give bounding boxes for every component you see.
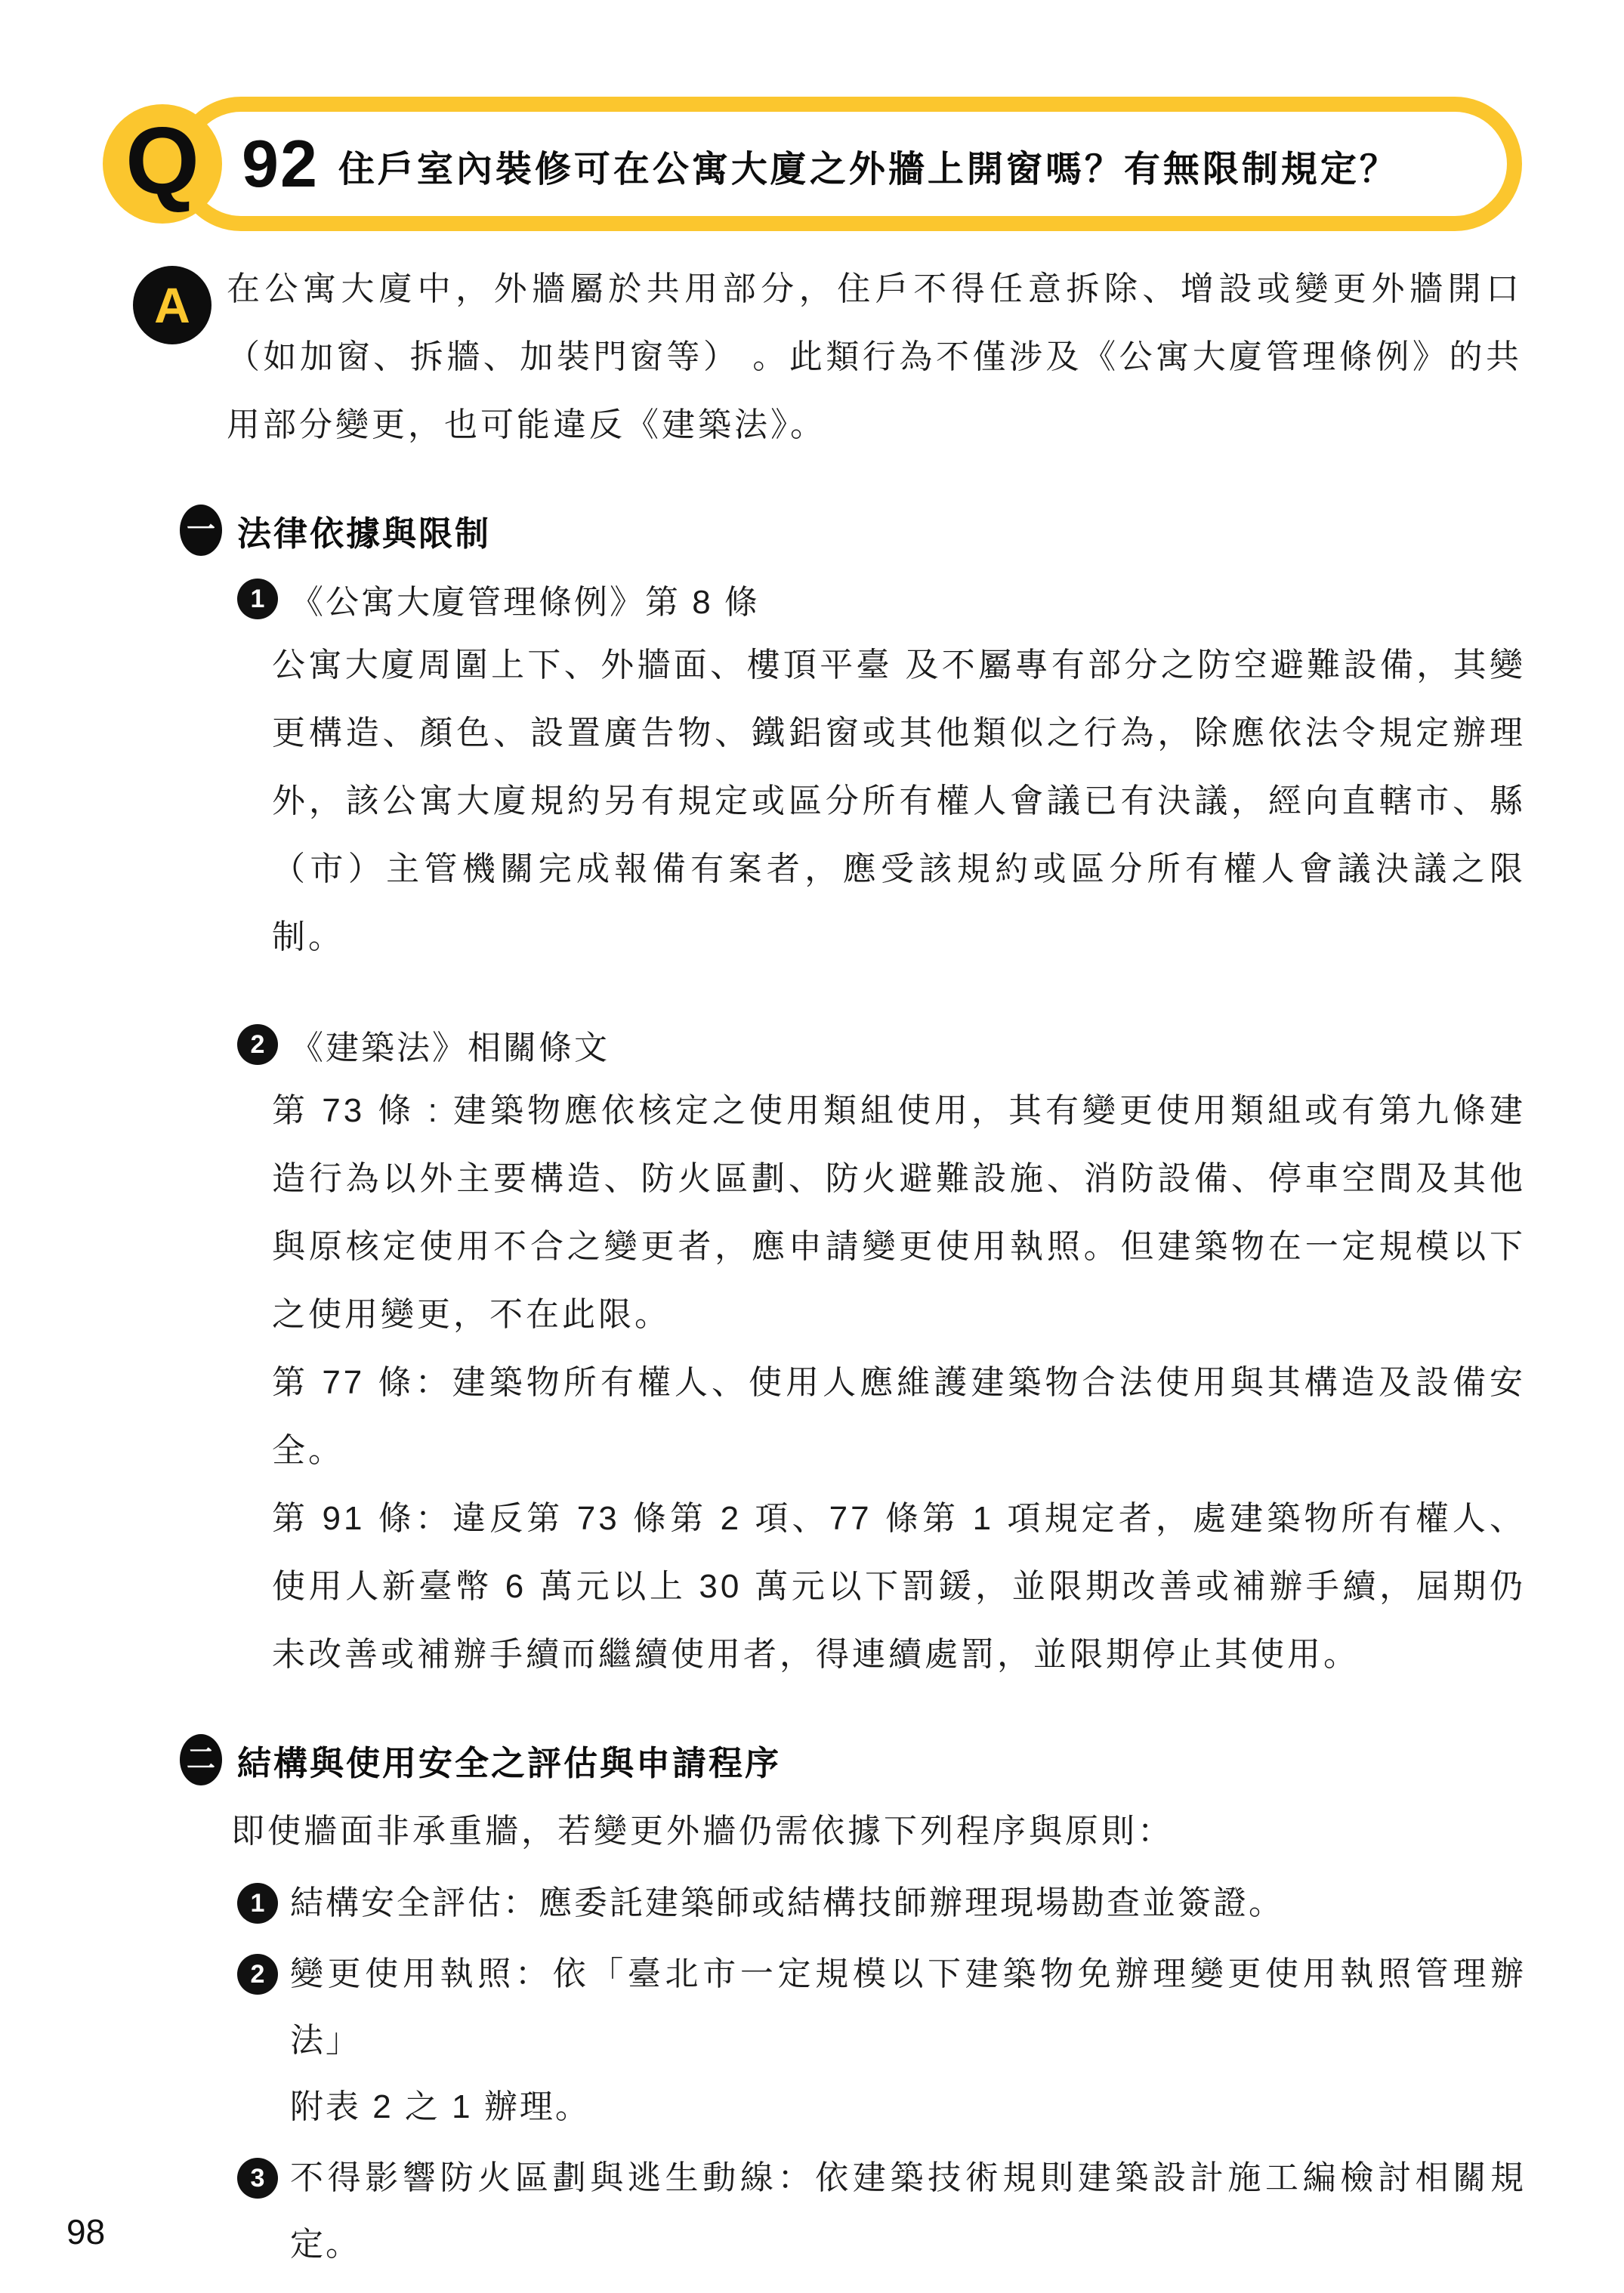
section-legal-title: 法律依據與限制 [237,506,491,555]
answer-block: A 在公寓大廈中，外牆屬於共用部分，住戶不得任意拆除、增設或變更外牆開口（如加窗… [0,255,1624,470]
q-badge-letter: Q [125,113,199,208]
answer-paragraph: 在公寓大廈中，外牆屬於共用部分，住戶不得任意拆除、增設或變更外牆開口（如加窗、拆… [227,255,1522,459]
question-number: 92 [242,131,319,197]
legal-item-title: 《公寓大廈管理條例》第 8 條 [290,575,760,623]
a-badge-letter: A [154,280,190,330]
section-procedure: 二 結構與使用安全之評估與申請程序 即使牆面非承重牆，若變更外牆仍需依據下列程序… [0,1731,1624,2278]
procedure-item-license: 2 變更使用執照：依「臺北市一定規模以下建築物免辦理變更使用執照管理辦法」 附表… [0,1941,1624,2140]
legal-item-body: 第 73 條 : 建築物應依核定之使用類組使用，其有變更使用類組或有第九條建造行… [272,1077,1526,1689]
circled-one-marker-text: 一 [187,516,215,545]
legal-item-body: 公寓大廈周圍上下、外牆面、樓頂平臺 及不屬專有部分之防空避難設備，其變更構造、顏… [272,631,1526,971]
question-title: 住戶室內裝修可在公寓大廈之外牆上開窗嗎？有無限制規定？ [338,137,1399,192]
procedure-item-text: 變更使用執照：依「臺北市一定規模以下建築物免辦理變更使用執照管理辦法」 附表 2… [290,1941,1526,2140]
circled-one-marker-icon: 一 [180,505,222,556]
item-number-badge: 1 [237,579,278,619]
legal-item-title: 《建築法》相關條文 [290,1020,610,1069]
page-content: A 在公寓大廈中，外牆屬於共用部分，住戶不得任意拆除、增設或變更外牆開口（如加窗… [0,255,1624,2278]
circled-two-marker-text: 二 [187,1745,215,1774]
procedure-item-fire-safety: 3 不得影響防火區劃與逃生動線：依建築技術規則建築設計施工編檢討相關規定。 [0,2145,1624,2278]
legal-item-building-act: 2 《建築法》相關條文 第 73 條 : 建築物應依核定之使用類組使用，其有變更… [0,1015,1624,1689]
section-procedure-title: 結構與使用安全之評估與申請程序 [237,1736,781,1785]
item-number-badge: 3 [237,2158,278,2199]
legal-item-condo-act: 1 《公寓大廈管理條例》第 8 條 公寓大廈周圍上下、外牆面、樓頂平臺 及不屬專… [0,569,1624,971]
question-header: Q 92 住戶室內裝修可在公寓大廈之外牆上開窗嗎？有無限制規定？ [103,97,1522,231]
procedure-intro: 即使牆面非承重牆，若變更外牆仍需依據下列程序與原則： [0,1798,1526,1866]
section-legal-basis: 一 法律依據與限制 1 《公寓大廈管理條例》第 8 條 公寓大廈周圍上下、外牆面… [0,501,1624,1689]
q-badge: Q [103,104,222,224]
a-badge: A [133,266,211,344]
item-number-badge: 1 [237,1883,278,1924]
legal-item-title-row: 1 《公寓大廈管理條例》第 8 條 [0,569,1624,628]
page-number: 98 [66,2211,105,2252]
section-legal-header: 一 法律依據與限制 [0,501,1624,559]
procedure-item-structural: 1 結構安全評估：應委託建築師或結構技師辦理現場勘查並簽證。 [0,1870,1624,1937]
item-number-badge: 2 [237,1954,278,1995]
legal-item-title-row: 2 《建築法》相關條文 [0,1015,1624,1074]
question-row: 92 住戶室內裝修可在公寓大廈之外牆上開窗嗎？有無限制規定？ [242,97,1499,231]
procedure-item-text: 結構安全評估：應委託建築師或結構技師辦理現場勘查並簽證。 [290,1870,1284,1937]
procedure-item-text: 不得影響防火區劃與逃生動線：依建築技術規則建築設計施工編檢討相關規定。 [290,2145,1526,2278]
item-number-badge: 2 [237,1024,278,1065]
section-procedure-header: 二 結構與使用安全之評估與申請程序 [0,1731,1624,1788]
document-page: Q 92 住戶室內裝修可在公寓大廈之外牆上開窗嗎？有無限制規定？ A 在公寓大廈… [0,0,1624,2293]
circled-two-marker-icon: 二 [180,1734,222,1785]
